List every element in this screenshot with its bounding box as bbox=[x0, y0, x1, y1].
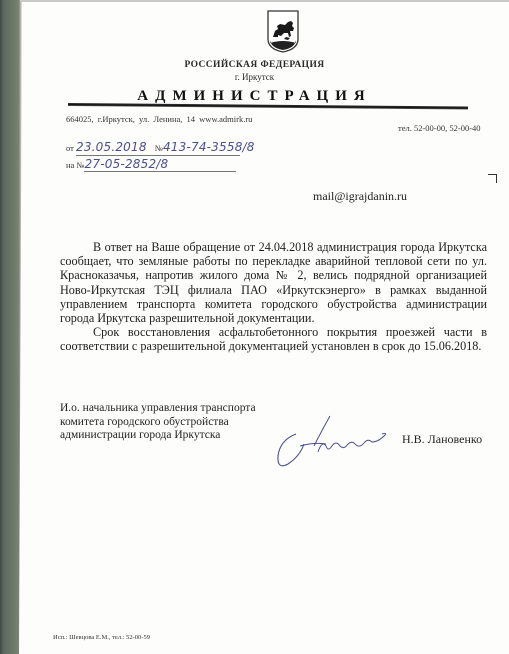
outgoing-registration: от 23.05.2018 №413-74-3558/8 bbox=[66, 140, 255, 154]
position-line: И.о. начальника управления транспорта bbox=[60, 402, 256, 416]
outgoing-date: 23.05.2018 bbox=[76, 140, 147, 154]
reply-underline bbox=[84, 171, 236, 172]
postal-address: 664025, г.Иркутск, ул. Ленина, 14 www.ad… bbox=[66, 114, 252, 124]
recipient-email: mail@igrajdanin.ru bbox=[313, 189, 407, 204]
signatory-name: Н.В. Лановенко bbox=[402, 432, 482, 447]
from-label: от bbox=[66, 143, 74, 153]
country-heading: РОССИЙСКАЯ ФЕДЕРАЦИЯ bbox=[0, 60, 509, 70]
letter-body: В ответ на Ваше обращение от 24.04.2018 … bbox=[60, 240, 487, 354]
position-line: администрации города Иркутска bbox=[60, 429, 256, 443]
city-heading: г. Иркутск bbox=[0, 72, 509, 82]
reply-number: 27-05-2852/8 bbox=[85, 157, 169, 171]
address-field-corner-mark bbox=[488, 174, 497, 183]
reply-registration: на №27-05-2852/8 bbox=[66, 157, 168, 171]
date-number-underline bbox=[76, 155, 240, 156]
reply-label: на № bbox=[66, 160, 85, 170]
outgoing-number: 413-74-3558/8 bbox=[163, 140, 255, 154]
executor-note: Исп.: Шевцова Е.М., тел.: 52-00-59 bbox=[53, 634, 150, 641]
body-paragraph: Срок восстановления асфальтобетонного по… bbox=[60, 325, 487, 353]
body-paragraph: В ответ на Ваше обращение от 24.04.2018 … bbox=[60, 240, 487, 325]
handwritten-signature-icon bbox=[274, 412, 392, 476]
contact-phones: тел. 52-00-00, 52-00-40 bbox=[398, 123, 481, 133]
irkutsk-coat-of-arms-icon bbox=[266, 9, 300, 53]
scan-top-edge bbox=[20, 0, 509, 2]
number-label: № bbox=[155, 143, 163, 153]
signatory-position: И.о. начальника управления транспорта ко… bbox=[60, 402, 256, 443]
position-line: комитета городского обустройства bbox=[60, 416, 256, 430]
